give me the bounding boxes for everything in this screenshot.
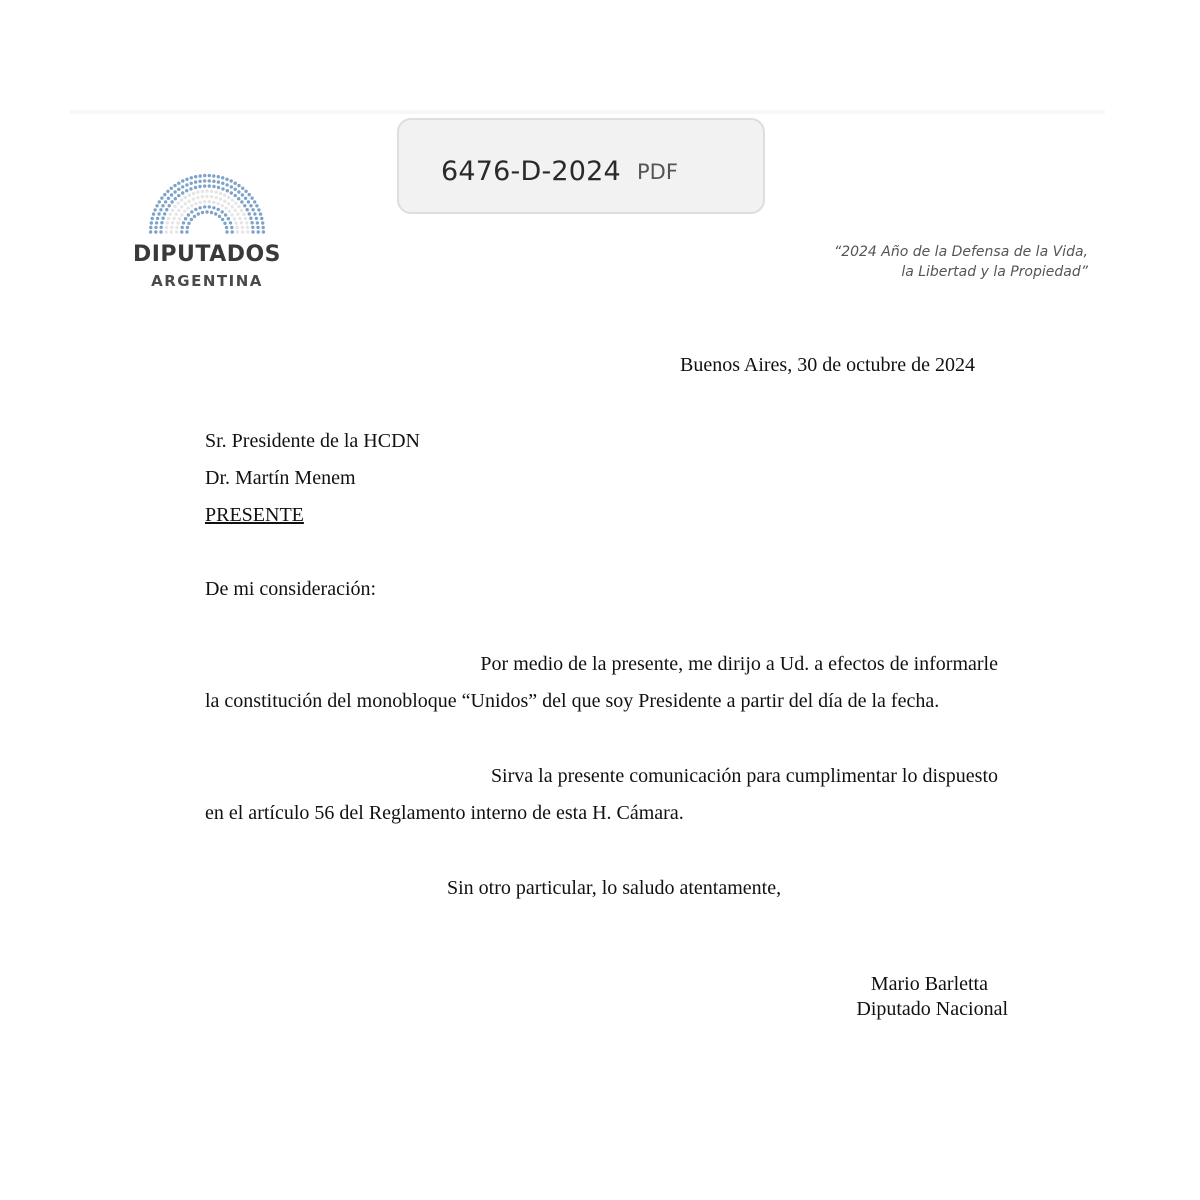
logo-line2: ARGENTINA: [128, 272, 286, 290]
greeting: De mi consideración:: [205, 578, 376, 601]
recipient-line-2: Dr. Martín Menem: [205, 467, 356, 490]
year-motto: “2024 Año de la Defensa de la Vida, la L…: [834, 242, 1088, 282]
letter-date: Buenos Aires, 30 de octubre de 2024: [680, 354, 975, 377]
signature-title: Diputado Nacional: [820, 997, 1008, 1022]
recipient-line-3: PRESENTE: [205, 504, 304, 527]
signature-block: Mario Barletta Diputado Nacional: [820, 972, 1008, 1022]
paragraph2-line1: Sirva la presente comunicación para cump…: [205, 765, 998, 788]
paragraph1-line2: la constitución del monobloque “Unidos” …: [205, 690, 998, 713]
pdf-label[interactable]: PDF: [637, 160, 678, 184]
top-divider: [70, 110, 1105, 114]
closing: Sin otro particular, lo saludo atentamen…: [447, 877, 781, 900]
motto-line1: “2024 Año de la Defensa de la Vida,: [834, 242, 1088, 262]
document-id-badge[interactable]: 6476-D-2024 PDF: [397, 118, 765, 214]
paragraph1-line1: Por medio de la presente, me dirijo a Ud…: [205, 653, 998, 676]
diputados-logo: DIPUTADOS ARGENTINA: [128, 172, 286, 292]
document-number: 6476-D-2024: [441, 156, 621, 187]
paragraph2-line2: en el artículo 56 del Reglamento interno…: [205, 802, 998, 825]
logo-line1: DIPUTADOS: [128, 242, 286, 267]
recipient-line-1: Sr. Presidente de la HCDN: [205, 430, 420, 453]
signature-name: Mario Barletta: [820, 972, 1008, 997]
motto-line2: la Libertad y la Propiedad”: [834, 262, 1088, 282]
hemicycle-icon: [146, 172, 268, 234]
